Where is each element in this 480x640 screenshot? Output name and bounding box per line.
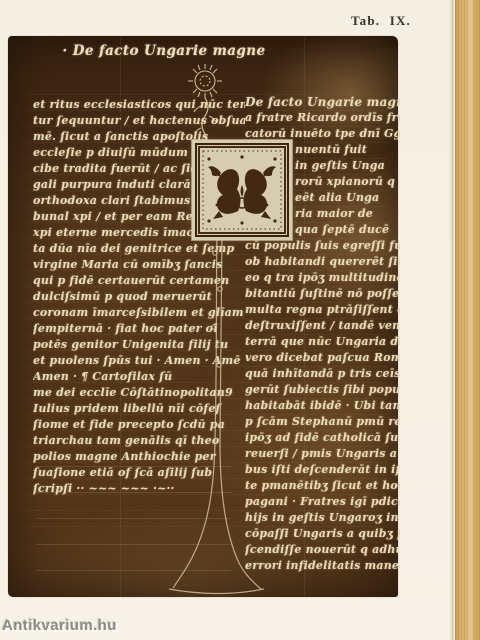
stem-flourish-icon (158, 231, 278, 597)
antikvarium-watermark: Antikvarium.hu (2, 617, 117, 634)
manuscript-plate-photo: · De facto Ungarie magne et ritus eccles… (8, 36, 398, 597)
book-fore-edge (455, 0, 480, 640)
manuscript-line: a fratre Ricardo ordīs frūʒ pdi (245, 110, 400, 126)
illuminated-initial (195, 143, 289, 237)
manuscript-line: catorū inuēto tpe dnī Ggorij ·ix· (245, 126, 400, 142)
two-dragons-icon (197, 145, 287, 235)
manuscript-running-title: · De facto Ungarie magne (8, 43, 320, 59)
manuscript-line: et ritus ecclesiasticos qui nūc tenēt (33, 97, 245, 113)
manuscript-line: tur ſequuntur / et hactenus obſua (33, 113, 245, 129)
manuscript-line: De facto Ungarie magne (245, 94, 400, 110)
plate-number-label: Tab. IX. (351, 13, 411, 29)
